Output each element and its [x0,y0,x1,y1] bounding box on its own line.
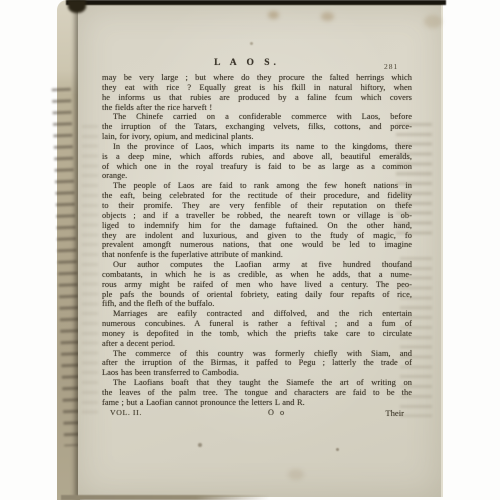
text-line: rous army might be raifed of men who hav… [102,280,412,290]
text-line: Laos has been transferred to Cambodia. [102,368,412,378]
verso-show-through [400,257,432,417]
verso-show-through [396,123,432,241]
page-number: 281 [384,62,398,71]
text-line: The Laofians boaft that they taught the … [102,378,412,388]
foxing-stain [321,12,334,21]
text-line: to their promife. They are very fenfible… [102,201,412,211]
text-line: after a decent period. [102,339,412,349]
text-line: In the province of Laos, which imparts i… [102,142,412,152]
binding-shadow [68,0,86,13]
ink-speck [250,42,253,45]
foxing-stain [424,15,442,28]
text-line: after the irruption of the Birmas, it pa… [102,358,412,368]
text-line: The people of Laos are faid to rank amon… [102,181,412,191]
text-line: fame ; but a Laofian cannot pronounce th… [102,398,412,408]
text-line: orange. [102,171,412,181]
text-line: The Chinefe carried on a confiderable co… [102,112,412,122]
book-photo: L A O S. 281 may be very large ; but whe… [0,0,500,500]
running-title: L A O S. [102,58,392,68]
text-line: ple pafs the bounds of oriental fobriety… [102,290,412,300]
text-line: lain, for ivory, opium, and medicinal pl… [102,132,412,142]
ink-speck [336,448,339,451]
text-line: they are indolent and luxurious, and giv… [102,231,412,241]
text-block: may be very large ; but where do they pr… [102,73,412,408]
ink-speck [198,443,202,447]
book-top-edge [66,0,446,5]
text-line: he informs us that rubies are produced b… [102,93,412,103]
text-line: fifh, and the flefh of the buffalo. [102,299,412,309]
text-line: money is depofited in the tomb, which th… [102,329,412,339]
text-line: The commerce of this country was formerl… [102,349,412,359]
text-line: the irruption of the Tatars, exchanging … [102,122,412,132]
book-bottom-edge [61,495,269,500]
text-line: the fields after the rice harveft ! [102,103,412,113]
book-page: L A O S. 281 may be very large ; but whe… [78,3,443,497]
text-line: the eaft, being celebrated for the recti… [102,191,412,201]
text-line: of which one in the royal treafury is fa… [102,162,412,172]
page-footer: VOL. II. O o Their [102,408,412,420]
foxing-stain [288,469,304,480]
text-line: that nonfenfe is the fuperlative attribu… [102,250,412,260]
text-line: prevalent amongft numerous nations, that… [102,240,412,250]
text-line: may be very large ; but where do they pr… [102,73,412,83]
text-line: numerous concubines. A funeral is rather… [102,319,412,329]
text-line: combatants, in which he is as credible, … [102,270,412,280]
text-line: is a deep mine, which affords rubies, an… [102,152,412,162]
text-line: the leaves of the palm tree. The tongue … [102,388,412,398]
text-line: objects ; and if a traveller be robbed, … [102,211,412,221]
text-line: Our author computes the Laofian army at … [102,260,412,270]
foxing-stain [268,11,279,19]
signature-mark: O o [268,408,286,417]
text-line: Marriages are eafily contracted and diff… [102,309,412,319]
volume-label: VOL. II. [110,408,142,417]
text-line: they eat with rice ? Equally great is hi… [102,83,412,93]
text-line: liged to indemnify him for the damage fu… [102,221,412,231]
verso-show-through [82,125,98,415]
